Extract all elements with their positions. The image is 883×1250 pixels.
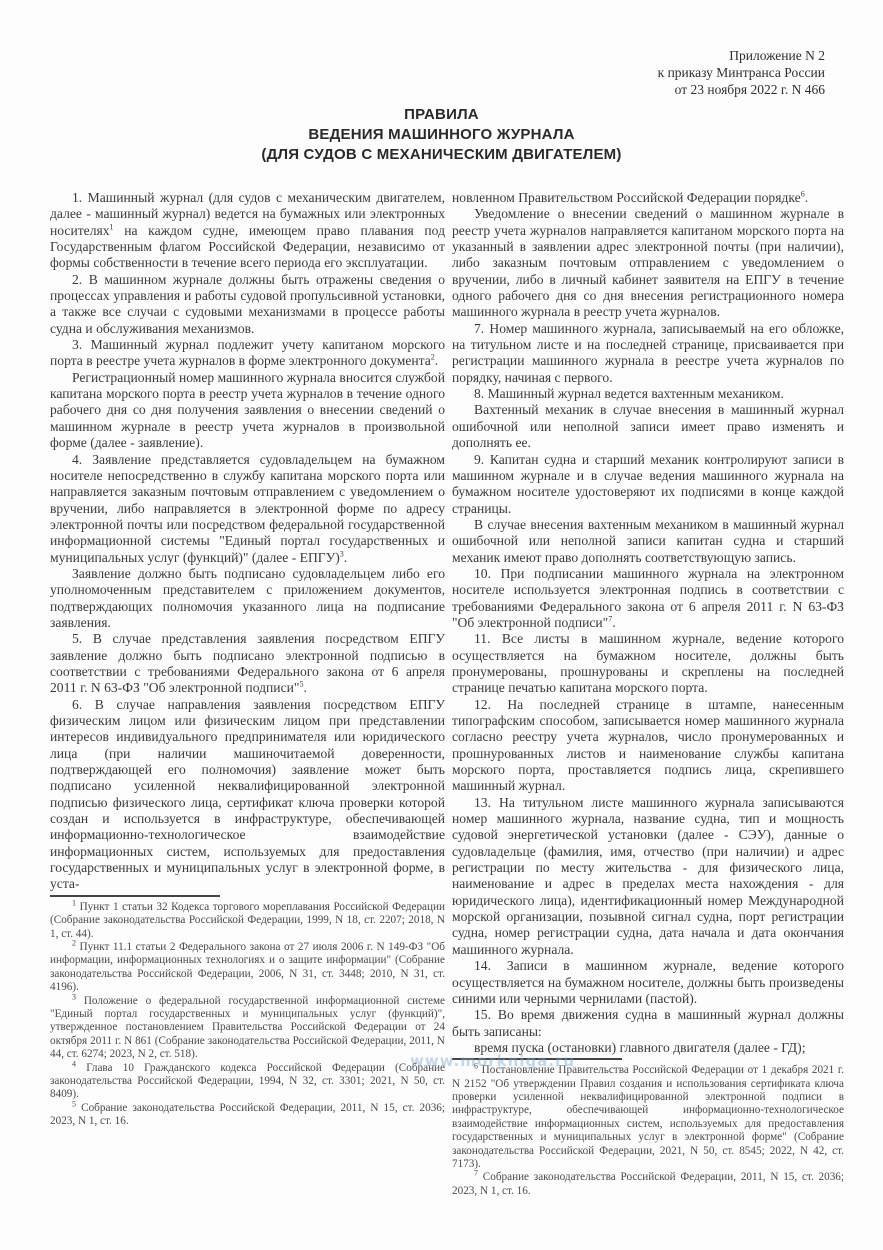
paragraph-text: новленном Правительством Российской Феде… [452,190,801,205]
footnote: 2 Пункт 11.1 статьи 2 Федерального закон… [50,941,445,995]
footnote-mark: 7 [474,1169,478,1178]
paragraph-text: В случае внесения вахтенным механиком в … [452,517,844,565]
title-line: (ДЛЯ СУДОВ С МЕХАНИЧЕСКИМ ДВИГАТЕЛЕМ) [0,145,883,165]
paragraph: 14. Записи в машинном журнале, ведение к… [452,958,844,1007]
footnote-text: Положение о федеральной государственной … [50,995,445,1061]
document-title: ПРАВИЛА ВЕДЕНИЯ МАШИННОГО ЖУРНАЛА (ДЛЯ С… [0,105,883,165]
paragraph-text: 8. Машинный журнал ведется вахтенным мех… [474,386,784,401]
footnote-mark: 4 [72,1059,76,1068]
paragraph: 12. На последней странице в штампе, нане… [452,697,844,795]
paragraph: 11. Все листы в машинном журнале, ведени… [452,631,844,696]
paragraph-text: 14. Записи в машинном журнале, ведение к… [452,958,844,1006]
footnote: 6 Постановление Правительства Российской… [452,1064,844,1171]
paragraph: Вахтенный механик в случае внесения в ма… [452,402,844,451]
appendix-line: к приказу Минтранса России [658,64,825,81]
paragraph-tail: . [303,680,306,695]
paragraph-text: 11. Все листы в машинном журнале, ведени… [452,631,844,695]
paragraph-text: 3. Машинный журнал подлежит учету капита… [50,337,445,368]
footnote-mark: 2 [72,938,76,947]
footnote-text: Пункт 1 статьи 32 Кодекса торгового море… [50,901,445,940]
footnote-text: Собрание законодательства Российской Фед… [452,1171,844,1196]
paragraph: Уведомление о внесении сведений о машинн… [452,206,844,320]
paragraph-tail: . [612,615,615,630]
paragraph-text: 7. Номер машинного журнала, записываемый… [452,321,844,385]
paragraph-text: 4. Заявление представляется судовладельц… [50,452,445,565]
footnote: 3 Положение о федеральной государственно… [50,995,445,1062]
paragraph: Заявление должно быть подписано судовлад… [50,566,445,631]
paragraph: 13. На титульном листе машинного журнала… [452,795,844,958]
paragraph: В случае внесения вахтенным механиком в … [452,517,844,566]
paragraph-text: 6. В случае направления заявления посред… [50,697,445,892]
appendix-line: от 23 ноября 2022 г. N 466 [658,81,825,98]
footnote: 4 Глава 10 Гражданского кодекса Российск… [50,1062,445,1102]
document-page: Приложение N 2 к приказу Минтранса Росси… [0,0,883,1250]
paragraph: 7. Номер машинного журнала, записываемый… [452,321,844,386]
left-column: 1. Машинный журнал (для судов с механиче… [50,190,445,1129]
footnote-mark: 1 [72,898,76,907]
right-column: новленном Правительством Российской Феде… [452,190,844,1198]
paragraph-tail: . [344,550,347,565]
paragraph: 1. Машинный журнал (для судов с механиче… [50,190,445,272]
footnote-text: Собрание законодательства Российской Фед… [50,1102,445,1127]
watermark: www.morkniga.ru [410,1052,575,1070]
footnote-text: Постановление Правительства Российской Ф… [452,1064,844,1170]
title-line: ВЕДЕНИЯ МАШИННОГО ЖУРНАЛА [0,125,883,145]
paragraph-text: Уведомление о внесении сведений о машинн… [452,206,844,319]
paragraph-text: Заявление должно быть подписано судовлад… [50,566,445,630]
footnote-mark: 5 [72,1099,76,1108]
paragraph: 6. В случае направления заявления посред… [50,697,445,893]
paragraph: 2. В машинном журнале должны быть отраже… [50,272,445,337]
paragraph-text: 5. В случае представления заявления поср… [50,631,445,695]
paragraph: 8. Машинный журнал ведется вахтенным мех… [452,386,844,402]
footnote: 1 Пункт 1 статьи 32 Кодекса торгового мо… [50,901,445,941]
title-line: ПРАВИЛА [0,105,883,125]
footnotes: 1 Пункт 1 статьи 32 Кодекса торгового мо… [50,901,445,1129]
appendix-line: Приложение N 2 [658,47,825,64]
footnote-separator [50,895,220,897]
paragraph-tail: . [435,353,438,368]
footnote: 5 Собрание законодательства Российской Ф… [50,1102,445,1129]
paragraph-tail: . [805,190,808,205]
paragraph-text: 10. При подписании машинного журнала на … [452,566,844,630]
footnote: 7 Собрание законодательства Российской Ф… [452,1171,844,1198]
paragraph-text: Вахтенный механик в случае внесения в ма… [452,402,844,450]
paragraph: 9. Капитан судна и старший механик контр… [452,452,844,517]
paragraph-text: Регистрационный номер машинного журнала … [50,370,445,450]
paragraph-text: 12. На последней странице в штампе, нане… [452,697,844,794]
footnote-mark: 3 [72,992,76,1001]
footnotes: 6 Постановление Правительства Российской… [452,1064,844,1198]
paragraph: новленном Правительством Российской Феде… [452,190,844,206]
paragraph-text: 13. На титульном листе машинного журнала… [452,795,844,957]
paragraph-text: 2. В машинном журнале должны быть отраже… [50,272,445,336]
footnote-text: Пункт 11.1 статьи 2 Федерального закона … [50,941,445,993]
paragraph: 4. Заявление представляется судовладельц… [50,452,445,566]
paragraph-text: 9. Капитан судна и старший механик контр… [452,452,844,516]
paragraph-text: 15. Во время движения судна в машинный ж… [452,1007,844,1038]
paragraph: 10. При подписании машинного журнала на … [452,566,844,631]
appendix-reference: Приложение N 2 к приказу Минтранса Росси… [658,47,825,98]
paragraph: 5. В случае представления заявления поср… [50,631,445,696]
paragraph: 15. Во время движения судна в машинный ж… [452,1007,844,1040]
paragraph: 3. Машинный журнал подлежит учету капита… [50,337,445,370]
paragraph: Регистрационный номер машинного журнала … [50,370,445,452]
footnote-text: Глава 10 Гражданского кодекса Российской… [50,1062,445,1101]
